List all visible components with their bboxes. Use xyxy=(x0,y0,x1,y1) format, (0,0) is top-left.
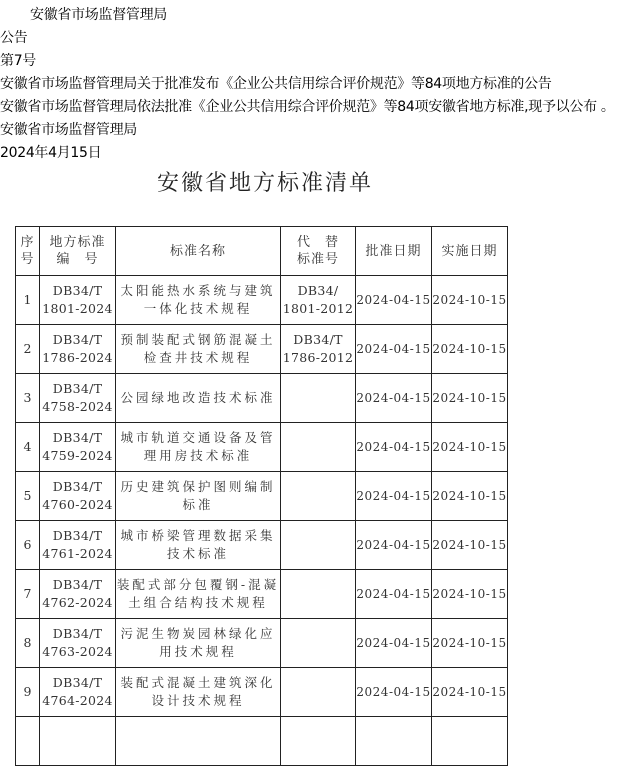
table-row xyxy=(16,717,508,766)
cell-code-line2: 4759-2024 xyxy=(40,447,115,465)
cell-replace xyxy=(281,472,356,521)
cell-name: 城市桥梁管理数据采集技术标准 xyxy=(116,521,281,570)
cell-code-line2: 1786-2024 xyxy=(40,349,115,367)
headline: 安徽省市场监督管理局关于批准发布《企业公共信用综合评价规范》等84项地方标准的公… xyxy=(0,75,552,93)
cell-approve-date: 2024-04-15 xyxy=(356,619,432,668)
cell-replace-line2: 1801-2012 xyxy=(281,300,355,318)
cell-seq: 8 xyxy=(16,619,40,668)
cell-replace xyxy=(281,668,356,717)
header-code-line1: 地方标准 xyxy=(40,234,115,251)
cell-approve-date: 2024-04-15 xyxy=(356,472,432,521)
cell-effective-date: 2024-10-15 xyxy=(432,668,508,717)
header-seq-line1: 序 xyxy=(16,234,39,251)
cell-code: DB34/T1786-2024 xyxy=(40,325,116,374)
cell-seq: 6 xyxy=(16,521,40,570)
agency-name: 安徽省市场监督管理局 xyxy=(30,6,167,24)
cell-approve-date: 2024-04-15 xyxy=(356,521,432,570)
cell-approve-date: 2024-04-15 xyxy=(356,423,432,472)
cell-name xyxy=(116,717,281,766)
cell-effective-date: 2024-10-15 xyxy=(432,619,508,668)
header-code-line2: 编 号 xyxy=(40,251,115,268)
cell-replace xyxy=(281,374,356,423)
cell-name: 污泥生物炭园林绿化应用技术规程 xyxy=(116,619,281,668)
cell-seq: 9 xyxy=(16,668,40,717)
header-replace: 代 替 标准号 xyxy=(281,227,356,276)
cell-replace xyxy=(281,521,356,570)
cell-code: DB34/T4761-2024 xyxy=(40,521,116,570)
header-effective-date: 实施日期 xyxy=(432,227,508,276)
cell-code-line2: 4760-2024 xyxy=(40,496,115,514)
cell-name: 历史建筑保护图则编制标准 xyxy=(116,472,281,521)
table-row: 8DB34/T4763-2024污泥生物炭园林绿化应用技术规程2024-04-1… xyxy=(16,619,508,668)
cell-replace-line2: 1786-2012 xyxy=(281,349,355,367)
cell-code-line2: 4763-2024 xyxy=(40,643,115,661)
table-row: 7DB34/T4762-2024装配式部分包覆钢-混凝土组合结构技术规程2024… xyxy=(16,570,508,619)
cell-seq: 2 xyxy=(16,325,40,374)
cell-seq: 4 xyxy=(16,423,40,472)
cell-code: DB34/T4758-2024 xyxy=(40,374,116,423)
cell-name: 装配式混凝土建筑深化设计技术规程 xyxy=(116,668,281,717)
cell-code xyxy=(40,717,116,766)
cell-seq: 1 xyxy=(16,276,40,325)
cell-name: 公园绿地改造技术标准 xyxy=(116,374,281,423)
cell-name: 城市轨道交通设备及管理用房技术标准 xyxy=(116,423,281,472)
cell-replace: DB34/1801-2012 xyxy=(281,276,356,325)
table-row: 6DB34/T4761-2024城市桥梁管理数据采集技术标准2024-04-15… xyxy=(16,521,508,570)
cell-code: DB34/T4759-2024 xyxy=(40,423,116,472)
cell-approve-date: 2024-04-15 xyxy=(356,570,432,619)
cell-code: DB34/T1801-2024 xyxy=(40,276,116,325)
table-row: 1DB34/T1801-2024太阳能热水系统与建筑一体化技术规程DB34/18… xyxy=(16,276,508,325)
cell-replace xyxy=(281,423,356,472)
cell-effective-date: 2024-10-15 xyxy=(432,276,508,325)
header-replace-line2: 标准号 xyxy=(281,251,355,268)
cell-approve-date xyxy=(356,717,432,766)
header-code: 地方标准 编 号 xyxy=(40,227,116,276)
cell-approve-date: 2024-04-15 xyxy=(356,325,432,374)
cell-name: 预制装配式钢筋混凝土检查井技术规程 xyxy=(116,325,281,374)
cell-effective-date: 2024-10-15 xyxy=(432,521,508,570)
cell-code: DB34/T4764-2024 xyxy=(40,668,116,717)
standards-table: 序 号 地方标准 编 号 标准名称 代 替 标准号 批准日期 实施日期 1DB3… xyxy=(15,226,508,766)
cell-name: 装配式部分包覆钢-混凝土组合结构技术规程 xyxy=(116,570,281,619)
cell-approve-date: 2024-04-15 xyxy=(356,276,432,325)
cell-effective-date: 2024-10-15 xyxy=(432,325,508,374)
table-row: 3DB34/T4758-2024公园绿地改造技术标准2024-04-152024… xyxy=(16,374,508,423)
issue-date: 2024年4月15日 xyxy=(0,144,101,162)
cell-seq xyxy=(16,717,40,766)
doc-number: 第7号 xyxy=(0,52,36,70)
body-text: 安徽省市场监督管理局依法批准《企业公共信用综合评价规范》等84项安徽省地方标准,… xyxy=(0,98,615,116)
header-replace-line1: 代 替 xyxy=(281,234,355,251)
cell-code-line1: DB34/T xyxy=(40,625,115,643)
cell-code-line1: DB34/T xyxy=(40,331,115,349)
list-title: 安徽省地方标准清单 xyxy=(157,170,373,198)
header-seq-line2: 号 xyxy=(16,251,39,268)
cell-seq: 5 xyxy=(16,472,40,521)
cell-replace xyxy=(281,717,356,766)
cell-replace xyxy=(281,619,356,668)
table-header-row: 序 号 地方标准 编 号 标准名称 代 替 标准号 批准日期 实施日期 xyxy=(16,227,508,276)
cell-code-line2: 4761-2024 xyxy=(40,545,115,563)
header-approve-date: 批准日期 xyxy=(356,227,432,276)
cell-code-line1: DB34/T xyxy=(40,380,115,398)
cell-effective-date: 2024-10-15 xyxy=(432,423,508,472)
cell-code-line1: DB34/T xyxy=(40,282,115,300)
cell-code-line1: DB34/T xyxy=(40,527,115,545)
signature: 安徽省市场监督管理局 xyxy=(0,121,137,139)
header-name: 标准名称 xyxy=(116,227,281,276)
cell-approve-date: 2024-04-15 xyxy=(356,668,432,717)
table-row: 5DB34/T4760-2024历史建筑保护图则编制标准2024-04-1520… xyxy=(16,472,508,521)
cell-code-line1: DB34/T xyxy=(40,576,115,594)
cell-effective-date xyxy=(432,717,508,766)
table-row: 4DB34/T4759-2024城市轨道交通设备及管理用房技术标准2024-04… xyxy=(16,423,508,472)
cell-approve-date: 2024-04-15 xyxy=(356,374,432,423)
doc-type: 公告 xyxy=(0,29,27,47)
table-row: 9DB34/T4764-2024装配式混凝土建筑深化设计技术规程2024-04-… xyxy=(16,668,508,717)
cell-replace-line1: DB34/T xyxy=(281,331,355,349)
cell-code: DB34/T4763-2024 xyxy=(40,619,116,668)
cell-code: DB34/T4760-2024 xyxy=(40,472,116,521)
cell-code: DB34/T4762-2024 xyxy=(40,570,116,619)
cell-replace: DB34/T1786-2012 xyxy=(281,325,356,374)
cell-effective-date: 2024-10-15 xyxy=(432,570,508,619)
cell-code-line2: 4762-2024 xyxy=(40,594,115,612)
cell-code-line1: DB34/T xyxy=(40,674,115,692)
cell-effective-date: 2024-10-15 xyxy=(432,472,508,521)
cell-code-line2: 4758-2024 xyxy=(40,398,115,416)
cell-replace-line1: DB34/ xyxy=(281,282,355,300)
cell-code-line2: 4764-2024 xyxy=(40,692,115,710)
cell-code-line1: DB34/T xyxy=(40,478,115,496)
cell-code-line2: 1801-2024 xyxy=(40,300,115,318)
cell-name: 太阳能热水系统与建筑一体化技术规程 xyxy=(116,276,281,325)
cell-seq: 3 xyxy=(16,374,40,423)
cell-effective-date: 2024-10-15 xyxy=(432,374,508,423)
header-seq: 序 号 xyxy=(16,227,40,276)
cell-replace xyxy=(281,570,356,619)
cell-seq: 7 xyxy=(16,570,40,619)
cell-code-line1: DB34/T xyxy=(40,429,115,447)
table-row: 2DB34/T1786-2024预制装配式钢筋混凝土检查井技术规程DB34/T1… xyxy=(16,325,508,374)
